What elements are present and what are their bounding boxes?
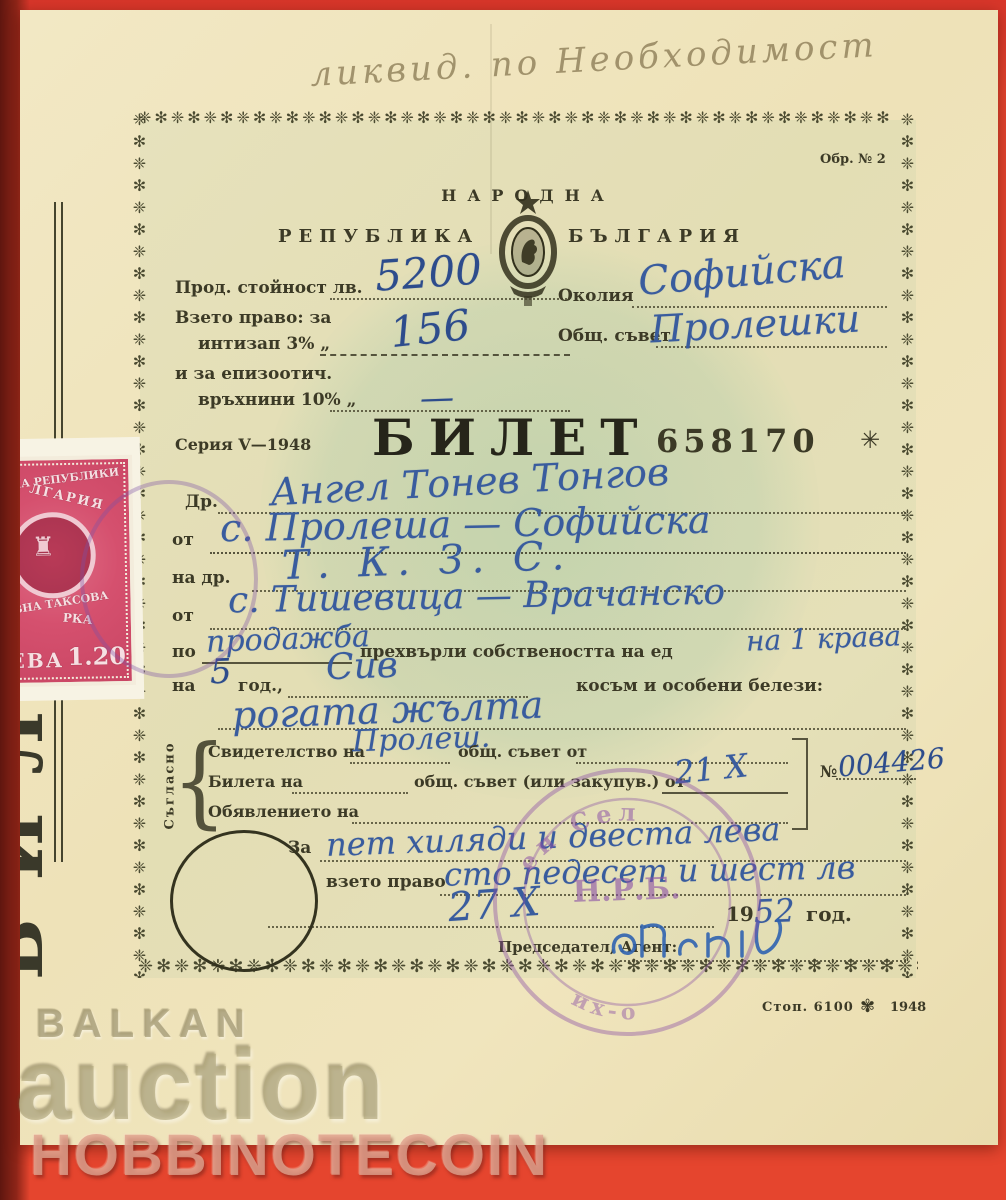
kosum-label: косъм и особени белези: xyxy=(576,676,823,696)
revenue-stamp-text2: ЛГАРИЯ xyxy=(28,482,106,514)
seal-placeholder-circle xyxy=(170,830,318,972)
series-label: Серия V—1948 xyxy=(175,435,311,454)
fee-row3-label: интизап 3% „ xyxy=(198,334,330,354)
svg-text:их-о: их-о xyxy=(566,985,644,1028)
header-bulgaria: БЪЛГАРИЯ xyxy=(568,226,746,247)
asterisk-ornament-icon: ✳ xyxy=(860,426,880,454)
state-emblem-icon xyxy=(496,190,560,312)
fee-row2-label: Взето право: за xyxy=(175,308,331,328)
number-line xyxy=(836,778,916,780)
na-label: на xyxy=(172,676,195,696)
printer-emblem-icon: ✾ xyxy=(860,996,875,1017)
revenue-stamp-cancel-mark xyxy=(80,480,258,678)
fee-row4-label: и за епизоотич. xyxy=(175,364,332,384)
header-republic: РЕПУБЛИКА xyxy=(278,226,479,247)
ornament-border-top: ❈✻❈✻❈✻❈✻❈✻❈✻❈✻❈✻❈✻❈✻❈✻❈✻❈✻❈✻❈✻❈✻❈✻❈✻❈✻❈✻… xyxy=(138,108,918,132)
fee-row5-label: връхнини 10% „ xyxy=(198,390,356,410)
fee-row3-value: 156 xyxy=(388,300,473,357)
coat-value: Сив xyxy=(325,645,398,688)
okoliya-label: Околия xyxy=(558,286,634,306)
pravo-label: взето право xyxy=(326,872,446,892)
printing-year: 1948 xyxy=(890,1000,926,1015)
revenue-stamp-leva: ЕВА xyxy=(20,648,64,673)
okoliya-value: Софийска xyxy=(636,241,847,305)
agree-r1-line1 xyxy=(350,762,450,764)
fee-row1-value: 5200 xyxy=(373,244,483,300)
pencil-annotation: ликвид. по Необходимост xyxy=(309,25,878,95)
transfer-printed-text: прехвърли собствеността на ед xyxy=(360,642,673,662)
from2-value: с. Тишевица — Врачанско xyxy=(228,572,726,622)
number-label: № xyxy=(820,762,837,781)
official-round-stamp: ен Сел их-о Н.Р.Б. xyxy=(457,737,797,1068)
form-code: Обр. № 2 xyxy=(820,152,886,167)
document-paper: ❈✻❈✻❈✻❈✻❈✻❈✻❈✻❈✻❈✻❈✻❈✻❈✻❈✻❈✻❈✻❈✻❈✻❈✻❈✻❈✻… xyxy=(20,10,998,1145)
agree-r2-line1 xyxy=(292,792,408,794)
council-value: Пролешки xyxy=(649,297,861,352)
transfer-hand-value: на 1 крава xyxy=(745,619,901,657)
watermark-hobbinotecoin: HOBBINOTECOIN xyxy=(30,1122,549,1189)
printing-house-note: Стоп. 6100 xyxy=(762,1000,854,1015)
agree-r2a: Билета на xyxy=(208,772,303,791)
revenue-stamp-lion-icon: ♜ xyxy=(31,532,55,562)
fee-row1-label: Прод. стойност лв. xyxy=(175,278,363,298)
fee-row1-line xyxy=(330,298,570,300)
serial-number: 658170 xyxy=(656,422,820,460)
auction-photo: ❈✻❈✻❈✻❈✻❈✻❈✻❈✻❈✻❈✻❈✻❈✻❈✻❈✻❈✻❈✻❈✻❈✻❈✻❈✻❈✻… xyxy=(0,0,1006,1200)
agree-r3a: Обявлението на xyxy=(208,802,359,821)
ornament-border-right: ❈✻❈✻❈✻❈✻❈✻❈✻❈✻❈✻❈✻❈✻❈✻❈✻❈✻❈✻❈✻❈✻❈✻❈✻❈✻❈✻… xyxy=(898,110,917,978)
fee-row3-line xyxy=(320,354,570,356)
svg-text:Н.Р.Б.: Н.Р.Б. xyxy=(572,871,681,910)
agree-r1a: Свидетелство на xyxy=(208,742,365,761)
svg-text:ен Сел: ен Сел xyxy=(511,785,645,887)
